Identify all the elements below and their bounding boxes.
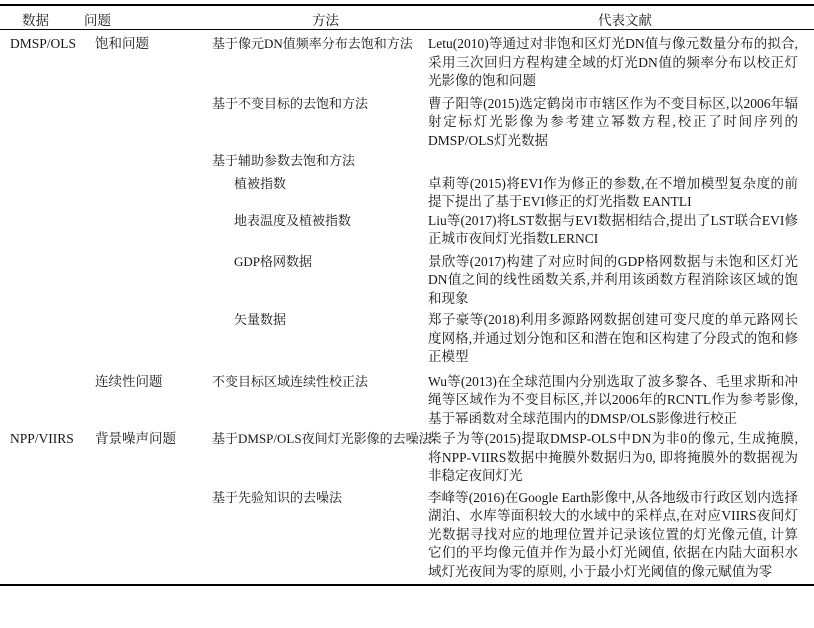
cell-literature: Letu(2010)等通过对非饱和区灯光DN值与像元数量分布的拟合,采用三次回归… [428, 35, 814, 91]
table-row: DMSP/OLS 饱和问题 基于像元DN值频率分布去饱和方法 Letu(2010… [0, 35, 814, 91]
cell-data: DMSP/OLS [0, 35, 93, 54]
cell-literature: 曹子阳等(2015)选定鹤岗市市辖区作为不变目标区,以2006年辐射定标灯光影像… [428, 95, 814, 151]
header-data: 数据 [22, 9, 49, 29]
cell-literature: 柴子为等(2015)提取DMSP-OLS中DN为非0的像元, 生成掩膜, 将NP… [428, 430, 814, 486]
cell-problem: 饱和问题 [93, 35, 212, 54]
cell-literature: Liu等(2017)将LST数据与EVI数据相结合,提出了LST联合EVI修正城… [428, 212, 814, 249]
cell-method: 基于先验知识的去噪法 [212, 489, 428, 508]
table-row: 矢量数据 郑子豪等(2018)利用多源路网数据创建可变尺度的单元路网长度网格,并… [0, 311, 814, 367]
literature-review-table: 数据 问题 方法 代表文献 DMSP/OLS 饱和问题 基于像元DN值频率分布去… [0, 4, 814, 586]
table-row: 基于不变目标的去饱和方法 曹子阳等(2015)选定鹤岗市市辖区作为不变目标区,以… [0, 95, 814, 151]
cell-method: 基于DMSP/OLS夜间灯光影像的去噪法 [212, 430, 428, 449]
table-row: 植被指数 卓莉等(2015)将EVI作为修正的参数,在不增加模型复杂度的前提下提… [0, 175, 814, 212]
cell-problem: 背景噪声问题 [93, 430, 212, 449]
cell-literature: Wu等(2013)在全球范围内分别选取了波多黎各、毛里求斯和冲绳等区域作为不变目… [428, 373, 814, 429]
table-body: DMSP/OLS 饱和问题 基于像元DN值频率分布去饱和方法 Letu(2010… [0, 30, 814, 584]
cell-literature: 卓莉等(2015)将EVI作为修正的参数,在不增加模型复杂度的前提下提出了基于E… [428, 175, 814, 212]
cell-literature: 李峰等(2016)在Google Earth影像中,从各地级市行政区划内选择湖泊… [428, 489, 814, 582]
cell-method-sub: 地表温度及植被指数 [212, 212, 428, 231]
table-row: 连续性问题 不变目标区域连续性校正法 Wu等(2013)在全球范围内分别选取了波… [0, 373, 814, 429]
table-row: 基于先验知识的去噪法 李峰等(2016)在Google Earth影像中,从各地… [0, 489, 814, 582]
cell-method-sub: GDP格网数据 [212, 253, 428, 272]
cell-method: 基于不变目标的去饱和方法 [212, 95, 428, 114]
table-row: 基于辅助参数去饱和方法 [0, 152, 814, 171]
table-row: 地表温度及植被指数 Liu等(2017)将LST数据与EVI数据相结合,提出了L… [0, 212, 814, 249]
header-literature: 代表文献 [598, 9, 652, 29]
cell-method: 基于辅助参数去饱和方法 [212, 152, 428, 171]
cell-literature: 景欣等(2017)构建了对应时间的GDP格网数据与未饱和区灯光DN值之间的线性函… [428, 253, 814, 309]
table-row: NPP/VIIRS 背景噪声问题 基于DMSP/OLS夜间灯光影像的去噪法 柴子… [0, 430, 814, 486]
header-method: 方法 [312, 9, 339, 29]
cell-problem: 连续性问题 [93, 373, 212, 392]
cell-method: 基于像元DN值频率分布去饱和方法 [212, 35, 428, 54]
cell-method-sub: 植被指数 [212, 175, 428, 194]
cell-literature: 郑子豪等(2018)利用多源路网数据创建可变尺度的单元路网长度网格,并通过划分饱… [428, 311, 814, 367]
header-problem: 问题 [84, 9, 111, 29]
cell-method-sub: 矢量数据 [212, 311, 428, 330]
cell-data: NPP/VIIRS [0, 430, 93, 449]
table-row: GDP格网数据 景欣等(2017)构建了对应时间的GDP格网数据与未饱和区灯光D… [0, 253, 814, 309]
cell-method: 不变目标区域连续性校正法 [212, 373, 428, 392]
table-header-row: 数据 问题 方法 代表文献 [0, 6, 814, 30]
